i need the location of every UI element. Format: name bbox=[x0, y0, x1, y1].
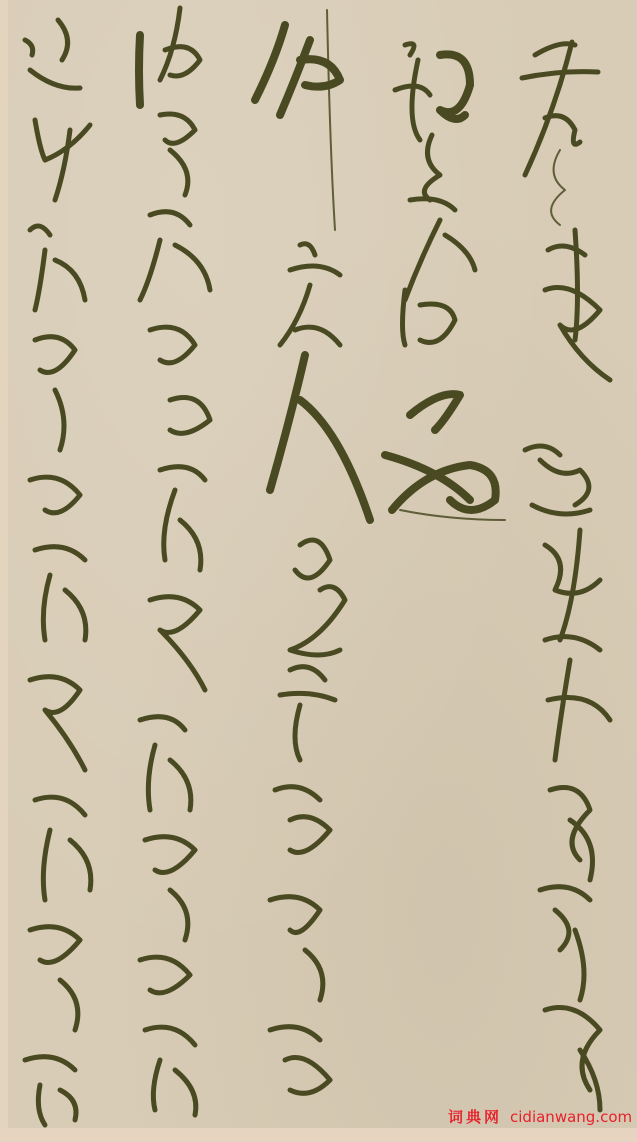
calligraphy-column-2 bbox=[385, 44, 505, 520]
calligraphy-column-4 bbox=[139, 8, 210, 1115]
calligraphy-paper: 词典网cidianwang.com bbox=[0, 0, 637, 1142]
watermark-chinese: 词典网 bbox=[448, 1108, 502, 1126]
calligraphy-column-5 bbox=[25, 20, 91, 1125]
watermark-domain: cidianwang.com bbox=[510, 1108, 632, 1126]
calligraphy-column-1 bbox=[522, 42, 610, 1110]
watermark: 词典网cidianwang.com bbox=[448, 1106, 632, 1127]
calligraphy-column-3 bbox=[255, 10, 370, 1093]
calligraphy-strokes bbox=[0, 0, 637, 1142]
